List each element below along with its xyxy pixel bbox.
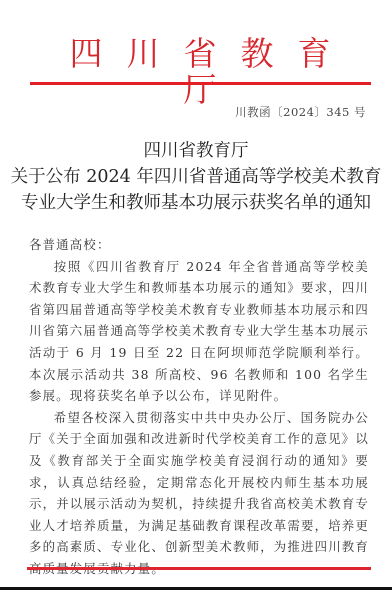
document-number: 川教函〔2024〕345 号 (235, 104, 366, 120)
body-paragraph-1: 按照《四川省教育厅 2024 年全省普通高等学校美术教育专业大学生和教师基本功展… (29, 256, 369, 407)
letterhead-char: 川 (127, 36, 160, 72)
title-issuer: 四川省教育厅 (0, 138, 392, 164)
document-body: 各普通高校： 按照《四川省教育厅 2024 年全省普通高等学校美术教育专业大学生… (29, 234, 369, 580)
salutation: 各普通高校： (29, 234, 369, 256)
letterhead-char: 育 (298, 36, 331, 72)
title-line-2: 专业大学生和教师基本功展示获奖名单的通知 (0, 190, 392, 216)
document-title: 四川省教育厅 关于公布 2024 年四川省普通高等学校美术教育 专业大学生和教师… (0, 138, 392, 216)
letterhead-red-rule (30, 82, 371, 85)
letterhead-char: 省 (184, 36, 217, 72)
title-line-1: 关于公布 2024 年四川省普通高等学校美术教育 (0, 164, 392, 190)
body-paragraph-2: 希望各校深入贯彻落实中共中央办公厅、国务院办公厅《关于全面加强和改进新时代学校美… (29, 407, 369, 580)
letterhead-char: 厅 (184, 72, 217, 108)
letterhead-char: 教 (241, 36, 274, 72)
footer-red-rule (27, 567, 371, 570)
letterhead-char: 四 (70, 36, 103, 72)
letterhead-title: 四川省教育厅 (30, 36, 370, 108)
